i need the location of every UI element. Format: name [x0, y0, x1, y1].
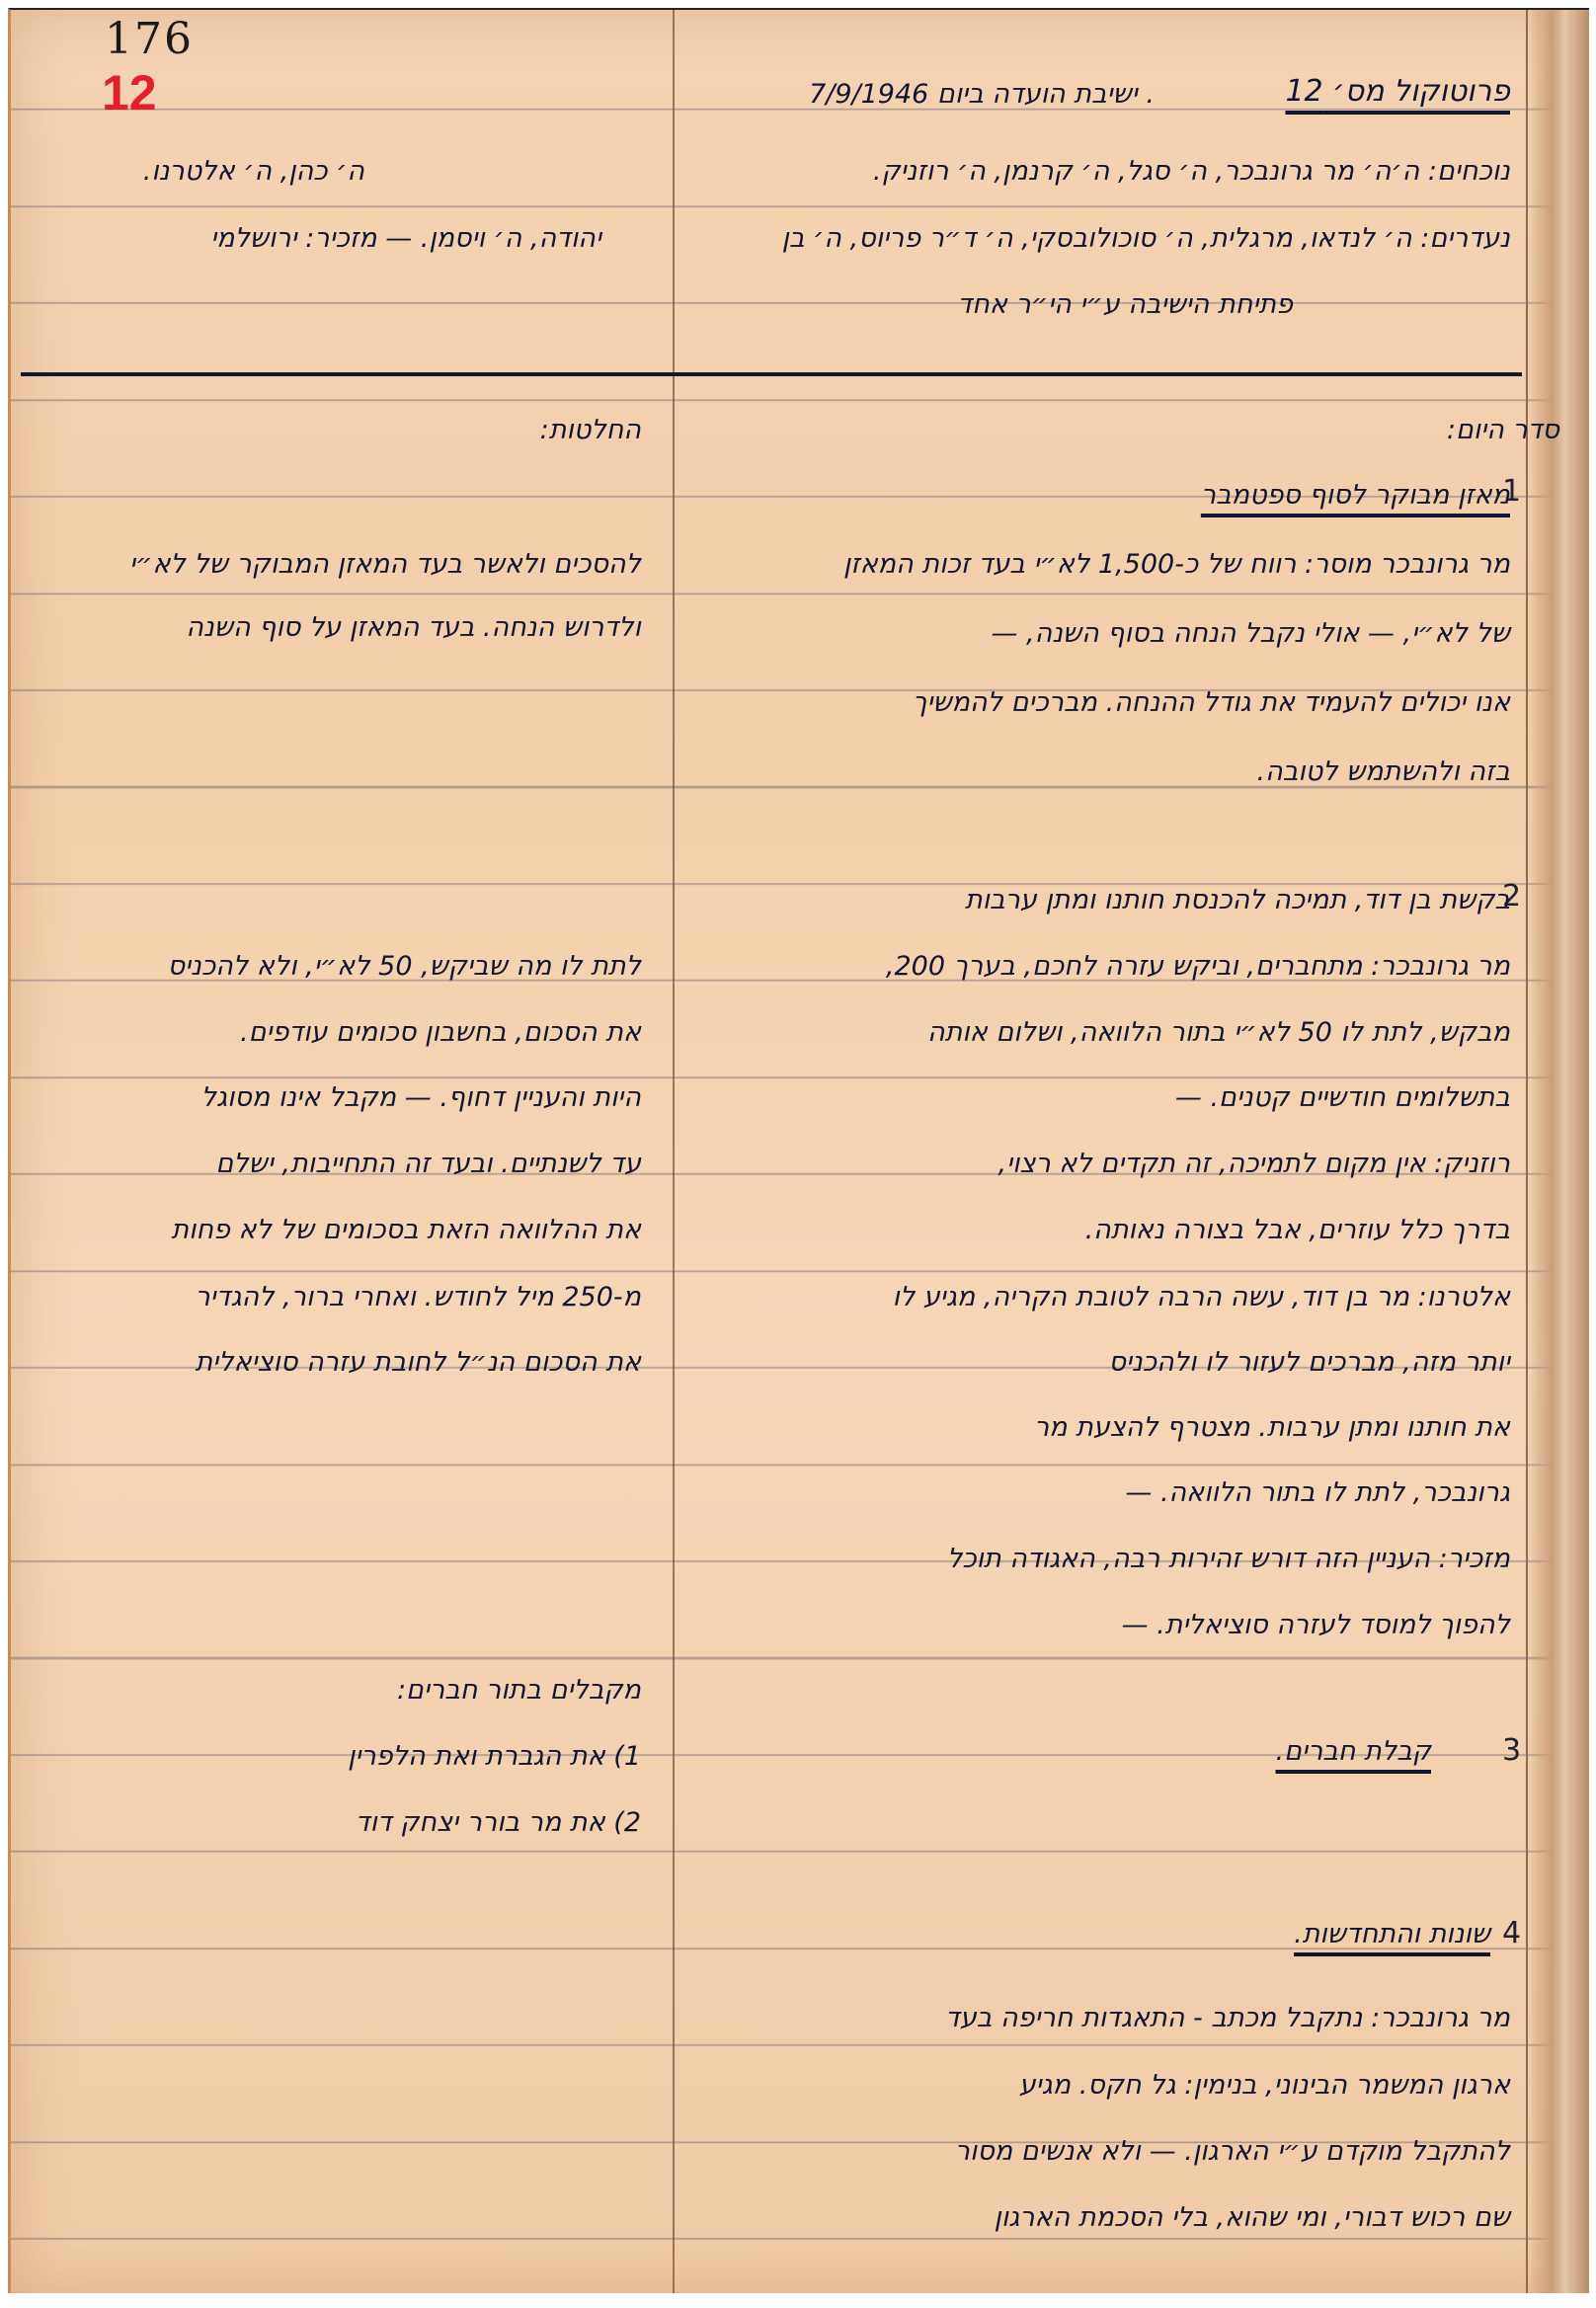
discussion-line: מר גרונבכר: מתחברים, וביקש עזרה לחכם, בע…	[886, 953, 1510, 980]
discussion-line: יותר מזה, מברכים לעזור לו ולהכניס	[1108, 1349, 1510, 1376]
discussion-line: גרונבכר, לתת לו בתור הלוואה. —	[1125, 1479, 1510, 1506]
decision-line: 2) את מר בורר יצחק דוד	[356, 1809, 641, 1836]
decision-line: היות והעניין דחוף. — מקבל אינו מסוגל	[201, 1084, 641, 1111]
discussion-line: שם רכוש דבורי, ומי שהוא, בלי הסכמת הארגו…	[995, 2204, 1510, 2231]
decision-line: ולדרוש הנחה. בעד המאזן על סוף השנה	[186, 614, 641, 641]
section-title: קבלת חברים.	[1276, 1738, 1431, 1765]
attendees-present-right: נוכחים: ה׳ה׳ מר גרונבכר, ה׳ סגל, ה׳ קרנמ…	[873, 158, 1510, 185]
decision-line: את ההלוואה הזאת בסכומים של לא פחות	[171, 1217, 641, 1243]
discussion-line: אנו יכולים להעמיד את גודל ההנחה. מברכים …	[913, 689, 1510, 716]
decision-header: מקבלים בתור חברים:	[397, 1677, 641, 1704]
section-number: 3	[1502, 1733, 1521, 1768]
discussion-line: בזה ולהשתמש לטובה.	[1257, 758, 1511, 785]
page-index-label: 12	[102, 64, 157, 121]
attendees-present-left: ה׳ כהן, ה׳ אלטרנו.	[143, 158, 364, 185]
decisions-header: החלטות:	[540, 417, 641, 443]
discussion-line: מזכיר: העניין הזה דורש זהירות רבה, האגוד…	[947, 1546, 1510, 1572]
section-title: בקשת בן דוד, תמיכה להכנסת חותנו ומתן ערב…	[965, 887, 1510, 914]
meeting-date-line: . ישיבת הועדה ביום 7/9/1946	[809, 81, 1155, 108]
protocol-title: פרוטוקול מס׳ 12	[1285, 77, 1510, 107]
discussion-line: רוזניק: אין מקום לתמיכה, זה תקדים לא רצו…	[997, 1151, 1510, 1177]
discussion-line: ארגון המשמר הבינוני, בנימין: גל חקס. מגי…	[1019, 2072, 1510, 2099]
header-divider	[21, 372, 1522, 376]
section-title: מאזן מבוקר לסוף ספטמבר	[1201, 482, 1510, 509]
discussion-line: מבקש, לתת לו 50 לא״י בתור הלוואה, ושלום …	[927, 1019, 1510, 1046]
decision-line: מ-250 מיל לחודש. ואחרי ברור, להגדיר	[195, 1284, 641, 1311]
decision-line: עד לשנתיים. ובעד זה התחייבות, ישלם	[215, 1151, 641, 1177]
meeting-opening-line: פתיחת הישיבה ע״י הי״ר אחד	[957, 291, 1293, 318]
discussion-line: אלטרנו: מר בן דוד, עשה הרבה לטובת הקריה,…	[893, 1284, 1510, 1311]
decision-line: את הסכום הנ״ל לחובת עזרה סוציאלית	[195, 1349, 641, 1376]
discussion-line: את חותנו ומתן ערבות. מצטרף להצעת מר	[1034, 1414, 1510, 1441]
discussion-line: להפוך למוסד לעזרה סוציאלית. —	[1121, 1612, 1510, 1638]
discussion-line: של לא״י, — אולי נקבל הנחה בסוף השנה, —	[991, 620, 1510, 647]
decision-line: 1) את הגברת ואת הלפרין	[348, 1743, 641, 1770]
scanned-page: 176 12 פרוטוקול מס׳ 12 . ישיבת הועדה ביו…	[8, 8, 1589, 2293]
section-number: 4	[1502, 1916, 1521, 1950]
discussion-line: בדרך כלל עוזרים, אבל בצורה נאותה.	[1085, 1217, 1510, 1243]
decision-line: לתת לו מה שביקש, 50 לא״י, ולא להכניס	[168, 953, 641, 980]
decision-line: את הסכום, בחשבון סכומים עודפים.	[240, 1019, 641, 1046]
page-stamp-number: 176	[105, 14, 194, 64]
discussion-line: להתקבל מוקדם ע״י הארגון. — ולא אנשים מסו…	[955, 2138, 1510, 2165]
decision-line: להסכים ולאשר בעד המאזן המבוקר של לא״י	[129, 551, 641, 578]
agenda-label: סדר היום:	[1447, 417, 1559, 443]
discussion-line: מר גרונבכר מוסר: רווח של כ-1,500 לא״י בע…	[843, 551, 1510, 578]
attendees-absent-right: נעדרים: ה׳ לנדאו, מרגלית, ה׳ סוכולובסקי,…	[782, 225, 1510, 252]
section-title: שונות והתחדשות.	[1294, 1921, 1490, 1948]
discussion-line: מר גרונבכר: נתקבל מכתב - התאגדות חריפה ב…	[945, 2005, 1510, 2031]
discussion-line: בתשלומים חודשיים קטנים. —	[1175, 1084, 1510, 1111]
column-divider	[673, 10, 675, 2293]
attendees-absent-left: יהודה, ה׳ ויסמן. — מזכיר: ירושלמי	[210, 225, 601, 252]
page-binding-tape	[1526, 10, 1589, 2293]
